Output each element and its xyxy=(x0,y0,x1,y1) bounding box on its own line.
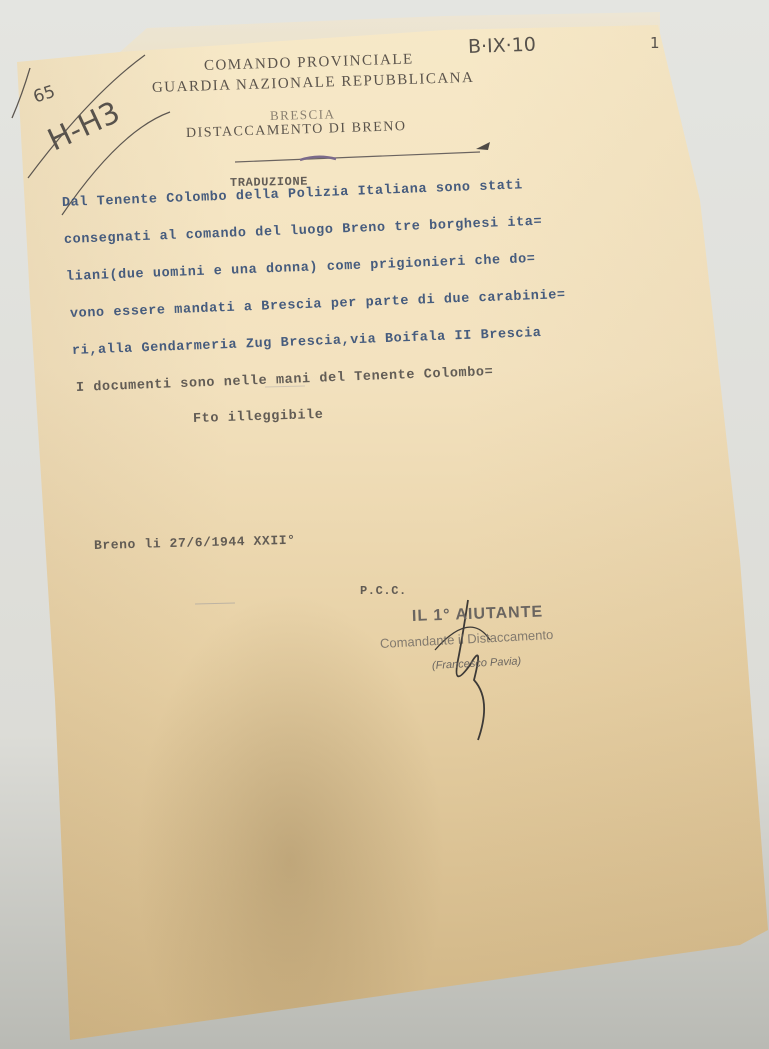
pcc-mark: P.C.C. xyxy=(360,584,407,598)
pencil-strokes-icon xyxy=(0,0,769,1049)
